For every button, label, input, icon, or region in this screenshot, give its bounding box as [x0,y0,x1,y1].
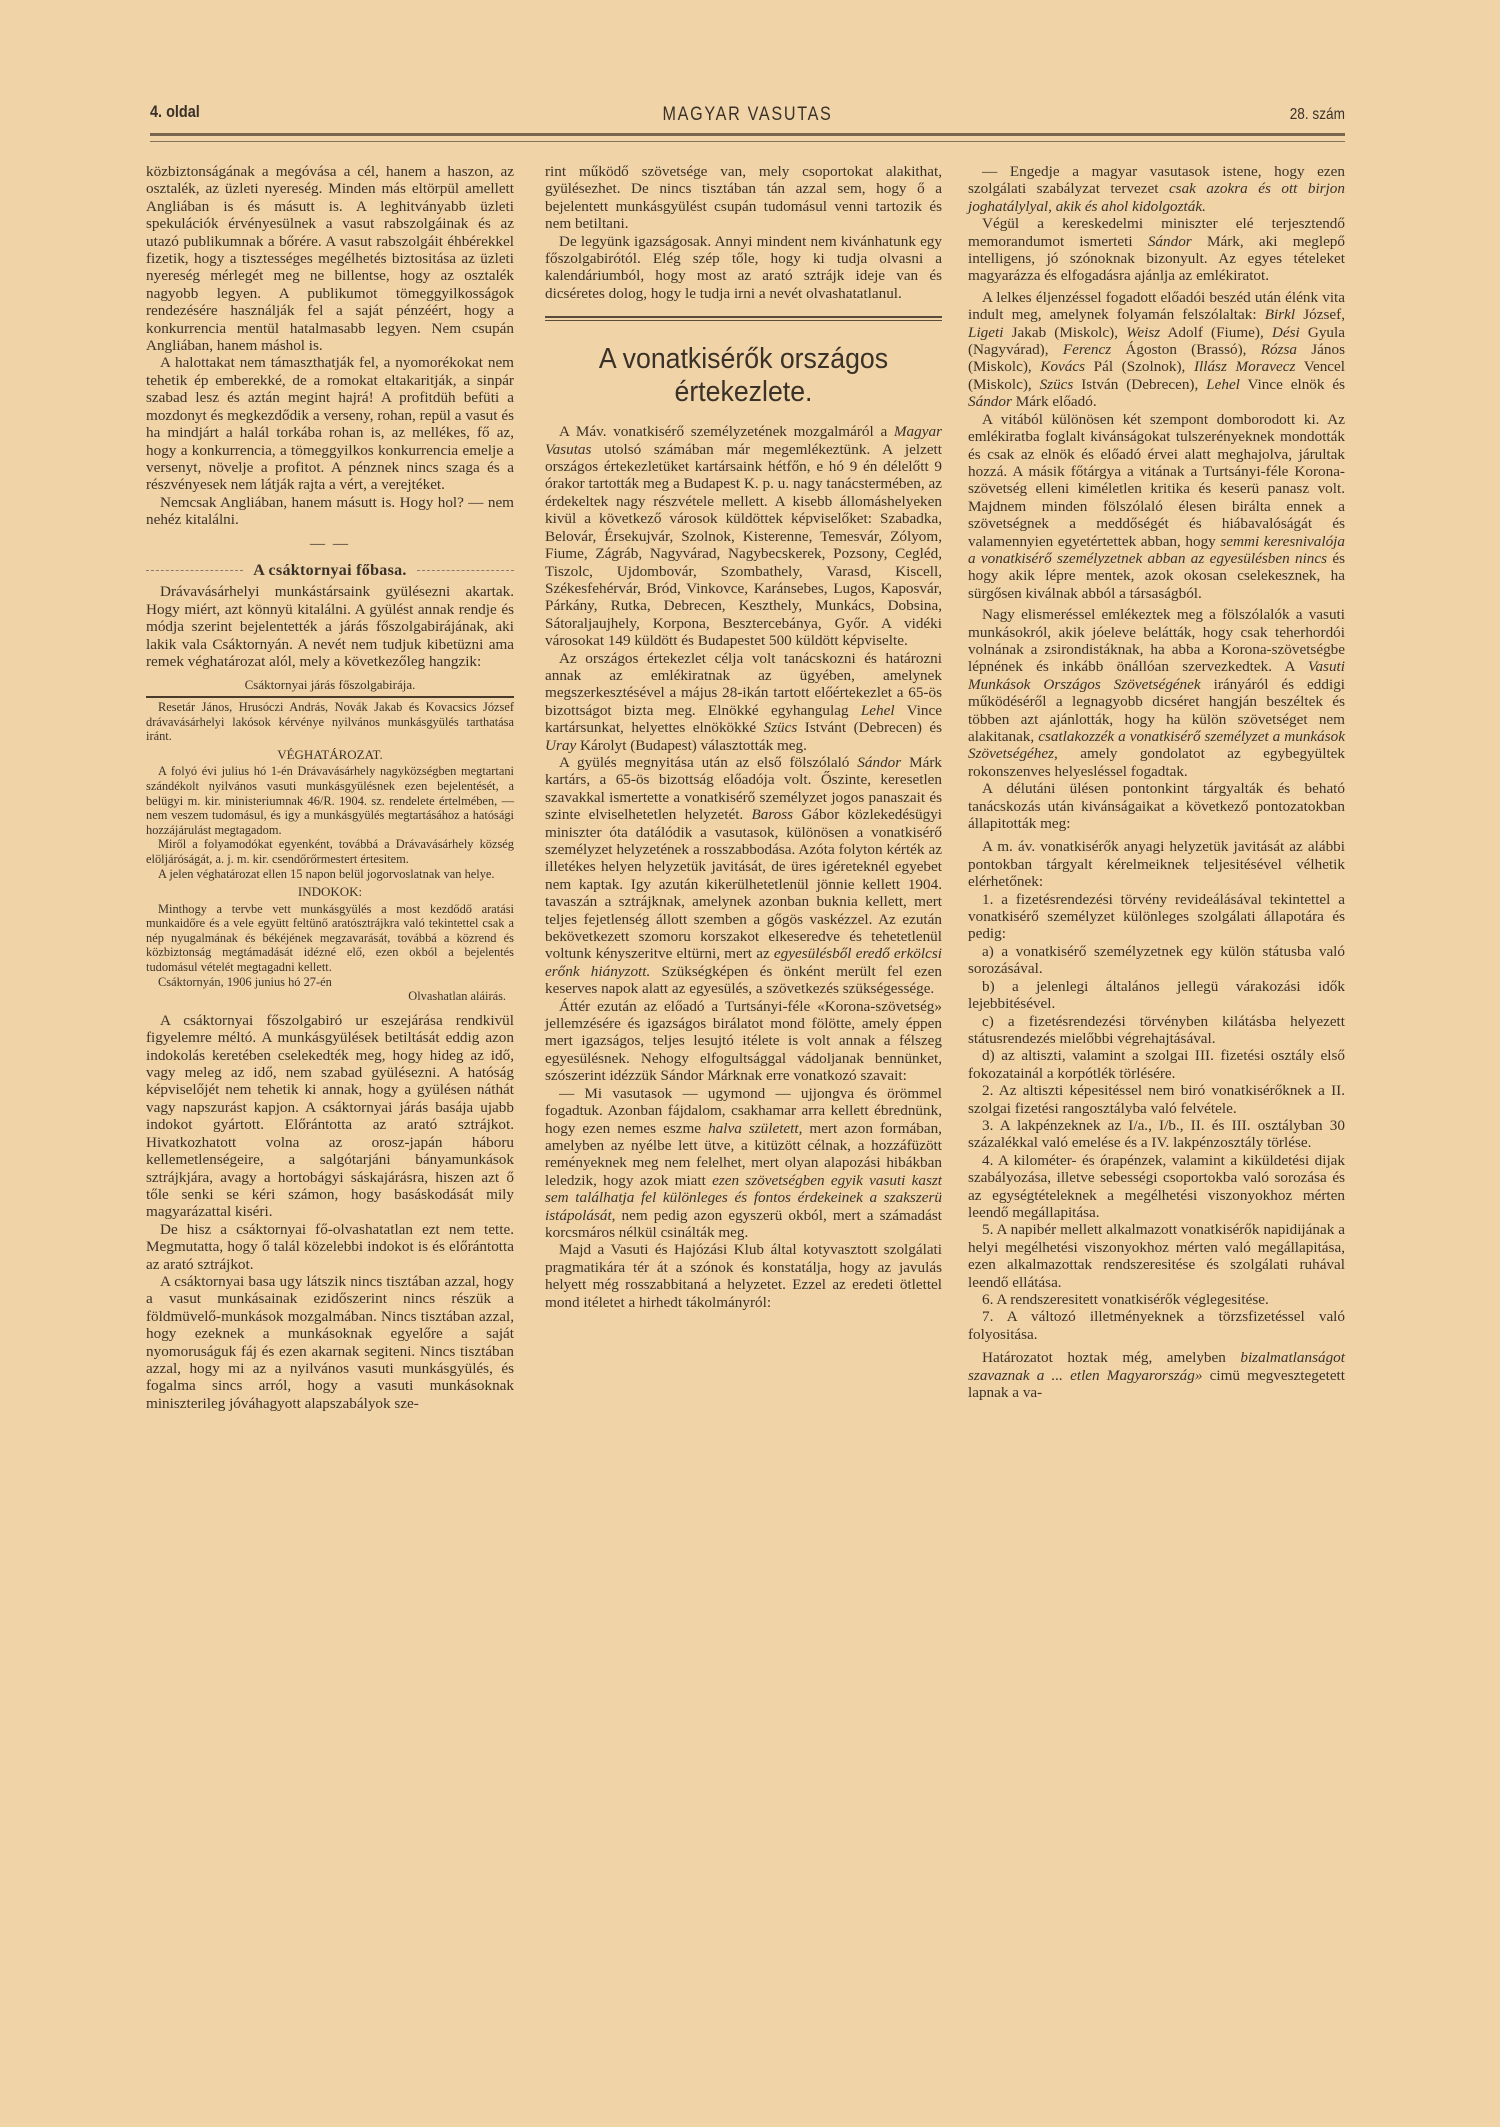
paragraph: A halottakat nem támaszthatják fel, a ny… [146,354,514,493]
column-3: — Engedje a magyar vasutasok istene, hog… [968,163,1345,1401]
document-date: Csáktornyán, 1906 junius hó 27-én [146,975,514,990]
section-title: A csáktornyai főbasa. [253,562,406,579]
speaker-detail: István (Debrecen), [1073,376,1206,393]
speaker-name: Ligeti [968,324,1003,341]
demands-list: 1. a fizetésrendezési törvény revideálás… [968,891,1345,1344]
paragraph: A csáktornyai főszolgabiró ur eszejárása… [146,1012,514,1221]
speaker-detail: Adolf (Fiume), [1160,324,1272,341]
paragraph: A Máv. vonatkisérő személyzetének mozgal… [545,423,942,649]
speaker-detail: Jakab (Miskolc), [1003,324,1126,341]
list-item: 6. A rendszeresitett vonatkisérők végleg… [968,1291,1345,1308]
list-item: 5. A napibér mellett alkalmazott vonatki… [968,1221,1345,1291]
paragraph: De legyünk igazságosak. Annyi mindent ne… [545,233,942,303]
document-title: VÉGHATÁROZAT. [146,748,514,763]
paragraph: A gyülés megnyitása után az első fölszól… [545,754,942,998]
speaker-name: Szücs [1040,376,1074,393]
list-item: b) a jelenlegi általános jellegü várakoz… [968,978,1345,1013]
document-intro: Resetár János, Hrusóczi András, Novák Ja… [146,700,514,744]
speaker-name: Rózsa [1261,341,1297,358]
list-item: 1. a fizetésrendezési törvény revideálás… [968,891,1345,943]
speaker-detail: József, [1295,306,1345,323]
paragraph: A lelkes éljenzéssel fogadott előadói be… [968,289,1345,411]
article-title-line: értekezlete. [561,376,926,409]
article-title-line: A vonatkisérők országos [561,343,926,376]
speaker-detail: Pál (Szolnok), [1085,358,1194,375]
document-signature: Olvashatlan aláirás. [146,989,514,1004]
separator: — — [146,535,514,552]
speaker-detail: Vince elnök és [1240,376,1345,393]
speaker-name: Weisz [1126,324,1160,341]
paragraph: Drávavásárhelyi munkástársaink gyülésezn… [146,583,514,670]
list-item: d) az altiszti, valamint a szolgai III. … [968,1047,1345,1082]
issue-number: 28. szám [1290,106,1345,124]
paragraph: Határozatot hoztak még, amelyben bizalma… [968,1349,1345,1401]
article-title: A vonatkisérők országos értekezlete. [561,343,926,409]
paragraph: Nemcsak Angliában, hanem másutt is. Hogy… [146,494,514,529]
speaker-name: Dési [1272,324,1300,341]
page-number: 4. oldal [150,102,200,122]
speaker-name: Sándor [968,393,1012,410]
column-1: közbiztonságának a megóvása a cél, hanem… [146,163,514,1412]
speaker-name: Kovács [1040,358,1085,375]
document-paragraph: Minthogy a tervbe vett munkásgyülés a mo… [146,902,514,975]
paragraph: — Mi vasutasok — ugymond — ujjongva és ö… [545,1085,942,1242]
list-item: 4. A kilométer- és órapénzek, valamint a… [968,1152,1345,1222]
paragraph: A délutáni ülésen pontonkint tárgyalták … [968,780,1345,832]
paragraph: rint működő szövetsége van, mely csoport… [545,163,942,233]
document-paragraph: A folyó évi julius hó 1-én Drávavásárhel… [146,764,514,837]
article-divider [545,316,942,321]
list-item: 2. Az altiszti képesitéssel nem biró von… [968,1082,1345,1117]
section-heading: A csáktornyai főbasa. [146,562,514,579]
speaker-name: Ferencz [1063,341,1111,358]
list-item: 3. A lakpénzeknek az I/a., I/b., II. és … [968,1117,1345,1152]
document-paragraph: A jelen véghatározat ellen 15 napon belü… [146,867,514,882]
speaker-detail: Márk előadó. [1012,393,1097,410]
divider [417,570,514,571]
masthead: MAGYAR VASUTAS [240,104,1256,126]
page-header: 4. oldal MAGYAR VASUTAS 28. szám [150,98,1345,138]
header-rule [150,133,1345,142]
document-heading: Csáktornyai járás főszolgabirája. [146,678,514,698]
speaker-name: Lehel [1206,376,1240,393]
document-subtitle: INDOKOK: [146,885,514,900]
paragraph: De hisz a csáktornyai fő-olvashatatlan e… [146,1221,514,1273]
paragraph: A csáktornyai basa ugy látszik nincs tis… [146,1273,514,1412]
paragraph: A vitából különösen két szempont domboro… [968,411,1345,602]
quoted-document: Csáktornyai járás főszolgabirája. Resetá… [146,678,514,1003]
column-2: rint működő szövetsége van, mely csoport… [545,163,942,1311]
list-item: 7. A változó illetményeknek a törzsfizet… [968,1308,1345,1343]
paragraph: Az országos értekezlet célja volt tanács… [545,650,942,754]
paragraph: — Engedje a magyar vasutasok istene, hog… [968,163,1345,215]
list-item: a) a vonatkisérő személyzetnek egy külön… [968,943,1345,978]
paragraph: Áttér ezután az előadó a Turtsányi-féle … [545,998,942,1085]
paragraph: Nagy elismeréssel emlékeztek meg a fölsz… [968,606,1345,780]
paragraph: közbiztonságának a megóvása a cél, hanem… [146,163,514,354]
divider [146,570,243,571]
speaker-name: Birkl [1265,306,1295,323]
paragraph: A m. áv. vonatkisérők anyagi helyzetük j… [968,838,1345,890]
paragraph: Majd a Vasuti és Hajózási Klub által kot… [545,1241,942,1311]
document-paragraph: Miről a folyamodókat egyenként, továbbá … [146,837,514,866]
paragraph: Végül a kereskedelmi miniszter elé terje… [968,215,1345,285]
speaker-detail: Ágoston (Brassó), [1111,341,1261,358]
list-item: c) a fizetésrendezési törvényben kilátás… [968,1013,1345,1048]
speaker-name: Illász Moravecz [1194,358,1295,375]
